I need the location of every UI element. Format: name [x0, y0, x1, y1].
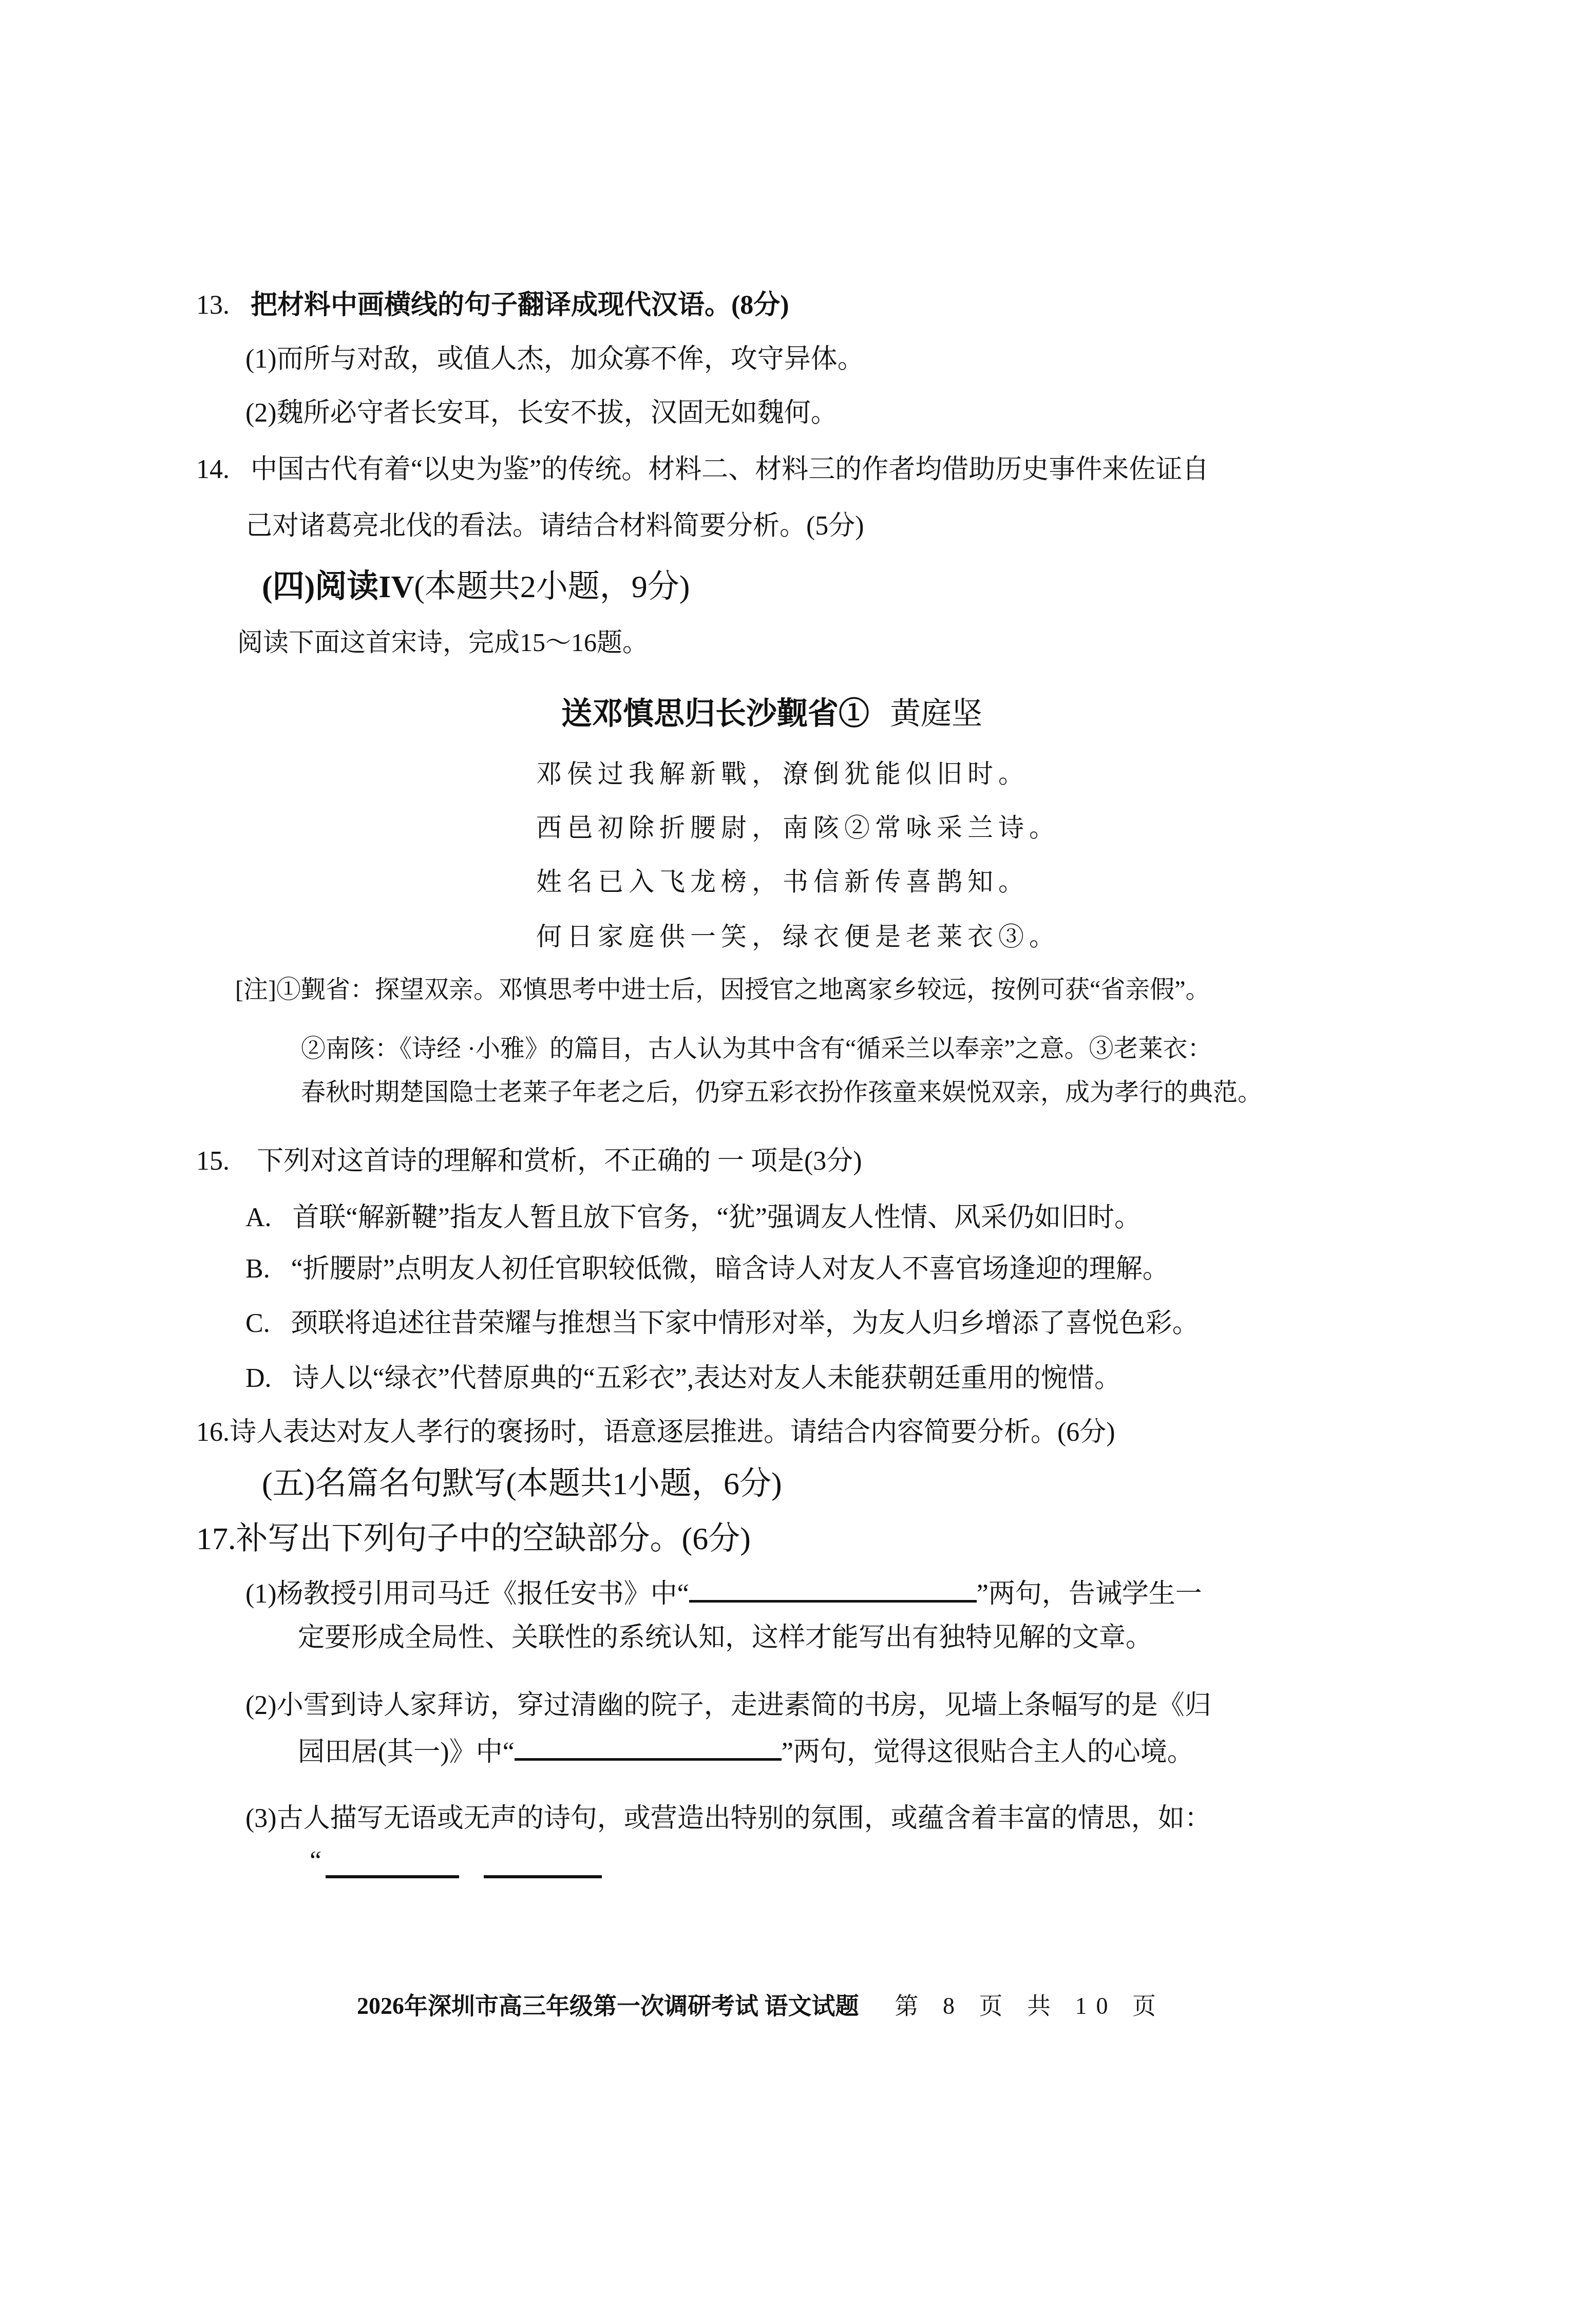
poem-line-3: 姓名已入飞龙榜，书信新传喜鹊知。 [536, 867, 1029, 897]
q16-text: 16.诗人表达对友人孝行的褒扬时，语意逐层推进。请结合内容简要分析。(6分) [196, 1417, 1115, 1448]
q15-option-a-letter: A. [245, 1203, 272, 1232]
q17-item-1-line-1: (1)杨教授引用司马迁《报任安书》中“”两句，告诫学生一 [245, 1577, 1202, 1610]
q15-option-c-letter: C. [245, 1309, 270, 1338]
q17-item-1-blank[interactable] [689, 1577, 977, 1603]
q17-item-2-line-1: (2)小雪到诗人家拜访，穿过清幽的院子，走进素简的书房，见墙上条幅写的是《归 [245, 1690, 1211, 1721]
q15-number: 15. [196, 1147, 230, 1176]
q15-option-d: D. 诗人以“绿衣”代替原典的“五彩衣”,表达对友人未能获朝廷重用的惋惜。 [245, 1363, 1121, 1394]
q17-item-3-blank-1[interactable] [326, 1875, 459, 1878]
footer-page-number: 第 8 页 共 10 页 [895, 1993, 1166, 2019]
q17-item-1-text-b: ”两句，告诫学生一 [977, 1579, 1202, 1609]
q17-item-2-text-b: ”两句，觉得这很贴合主人的心境。 [782, 1738, 1194, 1767]
poem-title-text: 送邓慎思归长沙觐省① [561, 697, 869, 731]
q15-option-a: A. 首联“解新鞬”指友人暂且放下官务，“犹”强调友人性情、风采仍如旧时。 [245, 1203, 1141, 1233]
q14-line-1: 14. 中国古代有着“以史为鉴”的传统。材料二、材料三的作者均借助历史事件来佐证… [196, 454, 1209, 485]
poem-note-3: 春秋时期楚国隐士老莱子年老之后，仍穿五彩衣扮作孩童来娱悦双亲，成为孝行的典范。 [301, 1078, 1262, 1107]
q15-option-d-letter: D. [245, 1364, 272, 1393]
q17-item-2-line-2: 园田居(其一)》中“”两句，觉得这很贴合主人的心境。 [298, 1736, 1194, 1768]
poem-line-2: 西邑初除折腰尉，南陔②常咏采兰诗。 [536, 813, 1060, 843]
page-footer: 2026年深圳市高三年级第一次调研考试 语文试题第 8 页 共 10 页 [357, 1992, 1165, 2020]
q14-line-2: 己对诸葛亮北伐的看法。请结合材料简要分析。(5分) [245, 511, 864, 542]
q15-option-a-text: 首联“解新鞬”指友人暂且放下官务，“犹”强调友人性情、风采仍如旧时。 [293, 1203, 1141, 1232]
poem-note-2: ②南陔：《诗经 ·小雅》的篇目，古人认为其中含有“循采兰以奉亲”之意。③老莱衣： [301, 1035, 1212, 1063]
q15-heading: 15. 下列对这首诗的理解和赏析，不正确的 一 项是(3分) [196, 1146, 862, 1177]
q17-item-2-blank[interactable] [515, 1736, 782, 1761]
q13-item-1: (1)而所与对敌，或值人杰，加众寡不侔，攻守异体。 [245, 344, 864, 375]
q17-item-2-text-a: 园田居(其一)》中“ [298, 1738, 515, 1767]
q15-option-c: C. 颈联将追述往昔荣耀与推想当下家中情形对举，为友人归乡增添了喜悦色彩。 [245, 1308, 1199, 1339]
q13-prompt: 把材料中画横线的句子翻译成现代汉语。(8分) [251, 291, 789, 320]
q13-number: 13. [196, 291, 230, 320]
q17-item-1-text-a: (1)杨教授引用司马迁《报任安书》中“ [245, 1579, 689, 1609]
q17-item-3-blank-2[interactable] [484, 1875, 602, 1878]
section-4-meta: (本题共2小题，9分) [414, 569, 690, 604]
q17-title: 17.补写出下列句子中的空缺部分。(6分) [196, 1521, 751, 1557]
q15-option-d-text: 诗人以“绿衣”代替原典的“五彩衣”,表达对友人未能获朝廷重用的惋惜。 [293, 1364, 1121, 1393]
q14-number: 14. [196, 455, 230, 484]
q15-prompt: 下列对这首诗的理解和赏析，不正确的 一 项是(3分) [257, 1147, 862, 1176]
section-4-heading: (四)阅读IV(本题共2小题，9分) [262, 569, 690, 605]
section-4-intro: 阅读下面这首宋诗，完成15～16题。 [237, 627, 648, 657]
q17-item-1-line-2: 定要形成全局性、关联性的系统认知，这样才能写出有独特见解的文章。 [298, 1623, 1152, 1653]
q14-text: 中国古代有着“以史为鉴”的传统。材料二、材料三的作者均借助历史事件来佐证自 [251, 455, 1209, 484]
poem-line-4: 何日家庭供一笑，绿衣便是老莱衣③。 [536, 922, 1060, 951]
q17-item-3-line-1: (3)古人描写无语或无声的诗句，或营造出特别的氛围，或蕴含着丰富的情思，如： [245, 1803, 1211, 1834]
poem-note-1: [注]①觐省：探望双亲。邓慎思考中进士后，因授官之地离家乡较远，按例可获“省亲假… [235, 976, 1210, 1004]
q13-heading: 13. 把材料中画横线的句子翻译成现代汉语。(8分) [196, 290, 789, 321]
section-4-label: (四)阅读IV [262, 569, 414, 604]
q15-option-b-text: “折腰尉”点明友人初任官职较低微，暗含诗人对友人不喜官场逢迎的理解。 [291, 1254, 1169, 1284]
poem-line-1: 邓侯过我解新戰，潦倒犹能似旧时。 [536, 759, 1029, 789]
poem-title: 送邓慎思归长沙觐省①黄庭坚 [561, 696, 982, 732]
q15-option-b: B. “折腰尉”点明友人初任官职较低微，暗含诗人对友人不喜官场逢迎的理解。 [245, 1254, 1169, 1285]
q15-option-c-text: 颈联将追述往昔荣耀与推想当下家中情形对举，为友人归乡增添了喜悦色彩。 [291, 1309, 1199, 1338]
footer-exam-title: 2026年深圳市高三年级第一次调研考试 语文试题 [357, 1993, 859, 2019]
q13-item-2: (2)魏所必守者长安耳，长安不拔，汉固无如魏何。 [245, 398, 838, 429]
q17-item-3-open-quote: “ [307, 1846, 322, 1877]
poem-author: 黄庭坚 [890, 697, 982, 731]
section-5-heading: (五)名篇名句默写(本题共1小题，6分) [262, 1466, 782, 1502]
q15-option-b-letter: B. [245, 1254, 270, 1284]
